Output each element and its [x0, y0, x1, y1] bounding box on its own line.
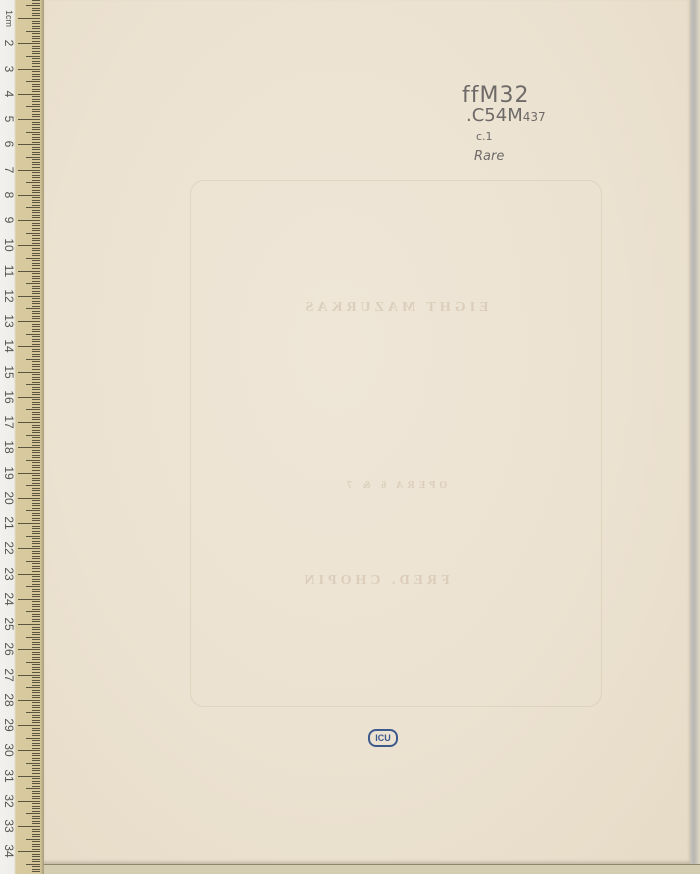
- ruler-tick: [32, 495, 40, 496]
- ruler-tick: [18, 776, 40, 777]
- ruler-tick: [32, 715, 40, 716]
- ruler-tick: [32, 137, 40, 138]
- ruler-tick: [26, 813, 40, 814]
- ruler-tick: [32, 96, 40, 97]
- ruler-tick: [32, 84, 40, 85]
- ruler-tick: [32, 730, 40, 731]
- ruler-tick: [32, 783, 40, 784]
- page-right-edge: [690, 0, 700, 874]
- ruler-tick: [32, 437, 40, 438]
- ruler-tick: [18, 220, 40, 221]
- ruler-tick: [32, 3, 40, 4]
- ruler-tick: [26, 586, 40, 587]
- ruler-tick: [32, 76, 40, 77]
- ruler-tick: [32, 591, 40, 592]
- ruler-tick: [32, 223, 40, 224]
- ruler-tick: [32, 298, 40, 299]
- ruler-tick: [32, 722, 40, 723]
- ruler-tick: [32, 571, 40, 572]
- ruler-tick: [18, 422, 40, 423]
- ruler-number: 10: [2, 237, 16, 253]
- ruler-tick: [32, 215, 40, 216]
- ruler-tick: [32, 268, 40, 269]
- ruler-tick: [32, 99, 40, 100]
- ruler-number: 23: [2, 566, 16, 582]
- ruler-tick: [32, 407, 40, 408]
- ruler-tick: [26, 536, 40, 537]
- ruler-tick: [32, 104, 40, 105]
- ruler-tick: [32, 26, 40, 27]
- ruler-tick: [32, 369, 40, 370]
- ruler-tick: [32, 859, 40, 860]
- ruler-number: 12: [2, 288, 16, 304]
- ruler-tick: [32, 849, 40, 850]
- ruler-tick: [32, 349, 40, 350]
- ruler-tick: [32, 419, 40, 420]
- ruler-tick: [18, 447, 40, 448]
- ruler-tick: [32, 568, 40, 569]
- ruler-tick: [32, 758, 40, 759]
- ruler-tick: [18, 94, 40, 95]
- ruler-tick: [32, 791, 40, 792]
- ruler-tick: [26, 258, 40, 259]
- call-number-copy: c.1: [476, 127, 546, 147]
- ruler-tick: [26, 132, 40, 133]
- ruler-tick: [32, 478, 40, 479]
- ruler-tick: [26, 308, 40, 309]
- ruler-tick: [18, 801, 40, 802]
- ruler-tick: [32, 392, 40, 393]
- library-stamp: ICU: [368, 729, 398, 747]
- ruler-tick: [32, 556, 40, 557]
- ruler-tick: [32, 13, 40, 14]
- ruler-tick: [32, 10, 40, 11]
- ruler-tick: [32, 306, 40, 307]
- ruler-tick: [26, 334, 40, 335]
- ruler-number: 3: [2, 61, 16, 77]
- ruler-tick: [32, 816, 40, 817]
- ruler-tick: [32, 38, 40, 39]
- ruler-tick: [32, 425, 40, 426]
- ruler-tick: [32, 228, 40, 229]
- ruler-tick: [32, 854, 40, 855]
- ruler-tick: [32, 609, 40, 610]
- ruler-tick: [32, 647, 40, 648]
- ruler-tick: [32, 594, 40, 595]
- ruler-tick: [32, 240, 40, 241]
- ruler-number: 1cm: [2, 10, 16, 26]
- ruler-tick: [32, 644, 40, 645]
- ruler-tick: [32, 697, 40, 698]
- ruler-tick: [26, 182, 40, 183]
- ruler-tick: [26, 611, 40, 612]
- ruler-tick: [32, 520, 40, 521]
- ruler-tick: [32, 803, 40, 804]
- show-through-title: EIGHT MAZURKAS: [230, 300, 560, 316]
- ruler-tick: [32, 351, 40, 352]
- ruler-tick: [32, 124, 40, 125]
- ruler-tick: [18, 725, 40, 726]
- ruler-tick: [32, 558, 40, 559]
- ruler-tick: [32, 778, 40, 779]
- ruler-tick: [32, 273, 40, 274]
- ruler-tick: [32, 190, 40, 191]
- ruler-tick: [32, 475, 40, 476]
- ruler-tick: [32, 0, 40, 1]
- ruler-tick: [26, 106, 40, 107]
- ruler-tick: [32, 632, 40, 633]
- ruler-tick: [18, 18, 40, 19]
- ruler-tick: [32, 770, 40, 771]
- ruler-tick: [32, 301, 40, 302]
- ruler-tick: [26, 687, 40, 688]
- ruler-tick: [32, 23, 40, 24]
- ruler-tick: [32, 796, 40, 797]
- ruler-tick: [18, 397, 40, 398]
- ruler-tick: [32, 339, 40, 340]
- ruler-number: 34: [2, 843, 16, 859]
- ruler-tick: [32, 831, 40, 832]
- ruler-tick: [32, 505, 40, 506]
- call-number-rare: Rare: [474, 147, 546, 167]
- ruler-tick: [32, 260, 40, 261]
- ruler-tick: [32, 533, 40, 534]
- ruler-tick: [26, 561, 40, 562]
- ruler-number: 28: [2, 692, 16, 708]
- ruler-number: 7: [2, 162, 16, 178]
- ruler-tick: [32, 114, 40, 115]
- ruler-tick: [18, 498, 40, 499]
- ruler-tick: [32, 361, 40, 362]
- ruler-tick: [32, 642, 40, 643]
- ruler-number: 14: [2, 338, 16, 354]
- ruler-tick: [32, 518, 40, 519]
- ruler-tick: [32, 823, 40, 824]
- ruler-tick: [32, 167, 40, 168]
- ruler-number: 5: [2, 111, 16, 127]
- ruler-tick: [32, 493, 40, 494]
- ruler-tick: [32, 841, 40, 842]
- ruler-tick: [32, 682, 40, 683]
- ruler-tick: [32, 354, 40, 355]
- ruler-tick: [32, 685, 40, 686]
- ruler-number: 11: [2, 263, 16, 279]
- ruler-tick: [32, 293, 40, 294]
- ruler-tick: [32, 808, 40, 809]
- ruler-tick: [32, 526, 40, 527]
- show-through-opus: OPERA 6 & 7: [280, 480, 510, 491]
- ruler-tick: [32, 483, 40, 484]
- ruler-tick: [26, 207, 40, 208]
- ruler-number: 27: [2, 667, 16, 683]
- ruler-tick: [32, 356, 40, 357]
- ruler-tick: [32, 66, 40, 67]
- ruler-tick: [18, 170, 40, 171]
- ruler-tick: [32, 61, 40, 62]
- ruler-tick: [32, 634, 40, 635]
- ruler-tick: [32, 374, 40, 375]
- ruler-tick: [26, 864, 40, 865]
- ruler-tick: [32, 89, 40, 90]
- ruler-tick: [32, 147, 40, 148]
- ruler-tick: [32, 745, 40, 746]
- ruler-tick: [32, 581, 40, 582]
- ruler-tick: [26, 31, 40, 32]
- ruler-number: 24: [2, 591, 16, 607]
- ruler-tick: [32, 154, 40, 155]
- ruler-tick: [32, 755, 40, 756]
- ruler-tick: [26, 662, 40, 663]
- ruler-tick: [32, 278, 40, 279]
- ruler-tick: [18, 750, 40, 751]
- ruler-tick: [18, 548, 40, 549]
- ruler-tick: [32, 200, 40, 201]
- ruler-number: 21: [2, 515, 16, 531]
- ruler-tick: [32, 450, 40, 451]
- ruler-tick: [32, 753, 40, 754]
- ruler-tick: [32, 546, 40, 547]
- ruler-tick: [26, 485, 40, 486]
- ruler-tick: [32, 654, 40, 655]
- ruler-tick: [32, 63, 40, 64]
- ruler-tick: [32, 36, 40, 37]
- ruler-tick: [32, 162, 40, 163]
- ruler-tick: [32, 316, 40, 317]
- ruler-tick: [32, 336, 40, 337]
- ruler-tick: [32, 531, 40, 532]
- ruler-tick: [32, 821, 40, 822]
- ruler-tick: [18, 43, 40, 44]
- ruler-tick: [32, 414, 40, 415]
- ruler-tick: [32, 856, 40, 857]
- ruler-tick: [32, 286, 40, 287]
- ruler-tick: [18, 372, 40, 373]
- ruler-tick: [32, 773, 40, 774]
- measurement-ruler: 1cm2345678910111213141516171819202122232…: [0, 0, 44, 874]
- ruler-tick: [32, 404, 40, 405]
- ruler-tick: [32, 134, 40, 135]
- ruler-tick: [32, 149, 40, 150]
- ruler-tick: [32, 627, 40, 628]
- ruler-tick: [32, 866, 40, 867]
- ruler-tick: [32, 344, 40, 345]
- ruler-tick: [32, 192, 40, 193]
- ruler-tick: [18, 851, 40, 852]
- ruler-tick: [32, 692, 40, 693]
- ruler-tick: [32, 432, 40, 433]
- call-number-line2-suffix: 437: [523, 110, 546, 124]
- ruler-tick: [32, 818, 40, 819]
- ruler-tick: [18, 473, 40, 474]
- ruler-tick: [32, 387, 40, 388]
- ruler-tick: [32, 733, 40, 734]
- ruler-tick: [32, 760, 40, 761]
- handwritten-call-number: ffM32 .C54M437 c.1 Rare: [462, 86, 546, 167]
- ruler-tick: [32, 58, 40, 59]
- ruler-tick: [32, 329, 40, 330]
- ruler-tick: [26, 283, 40, 284]
- ruler-tick: [32, 836, 40, 837]
- ruler-number: 30: [2, 742, 16, 758]
- ruler-tick: [32, 829, 40, 830]
- ruler-tick: [32, 265, 40, 266]
- ruler-tick: [32, 616, 40, 617]
- ruler-tick: [26, 712, 40, 713]
- ruler-tick: [26, 788, 40, 789]
- ruler-tick: [18, 195, 40, 196]
- ruler-tick: [32, 735, 40, 736]
- ruler-tick: [32, 869, 40, 870]
- ruler-number: 6: [2, 136, 16, 152]
- ruler-tick: [18, 700, 40, 701]
- ruler-number: 13: [2, 313, 16, 329]
- ruler-tick: [32, 705, 40, 706]
- ruler-tick: [32, 326, 40, 327]
- ruler-tick: [32, 142, 40, 143]
- ruler-number: 16: [2, 389, 16, 405]
- ruler-tick: [32, 695, 40, 696]
- ruler-tick: [32, 202, 40, 203]
- ruler-tick: [32, 657, 40, 658]
- ruler-tick: [32, 212, 40, 213]
- ruler-tick: [32, 48, 40, 49]
- ruler-tick: [32, 364, 40, 365]
- ruler-tick: [32, 717, 40, 718]
- ruler-tick: [32, 589, 40, 590]
- ruler-tick: [32, 601, 40, 602]
- ruler-tick: [32, 621, 40, 622]
- ruler-tick: [32, 538, 40, 539]
- ruler-tick: [32, 122, 40, 123]
- ruler-tick: [32, 515, 40, 516]
- ruler-tick: [32, 28, 40, 29]
- ruler-tick: [26, 157, 40, 158]
- ruler-number: 26: [2, 641, 16, 657]
- ruler-tick: [32, 180, 40, 181]
- ruler-tick: [32, 793, 40, 794]
- ruler-tick: [32, 551, 40, 552]
- ruler-tick: [18, 346, 40, 347]
- ruler-number: 9: [2, 212, 16, 228]
- ruler-tick: [26, 435, 40, 436]
- ruler-number: 29: [2, 717, 16, 733]
- ruler-tick: [32, 690, 40, 691]
- ruler-tick: [32, 871, 40, 872]
- ruler-number: 15: [2, 364, 16, 380]
- ruler-tick: [32, 276, 40, 277]
- ruler-tick: [32, 129, 40, 130]
- ruler-tick: [32, 324, 40, 325]
- ruler-tick: [32, 238, 40, 239]
- ruler-tick: [32, 834, 40, 835]
- ruler-tick: [32, 164, 40, 165]
- ruler-tick: [32, 488, 40, 489]
- ruler-tick: [32, 185, 40, 186]
- ruler-number: 19: [2, 465, 16, 481]
- ruler-tick: [32, 366, 40, 367]
- ruler-tick: [32, 86, 40, 87]
- ruler-tick: [32, 255, 40, 256]
- ruler-tick: [32, 553, 40, 554]
- ruler-tick: [32, 250, 40, 251]
- ruler-tick: [18, 675, 40, 676]
- ruler-number: 31: [2, 768, 16, 784]
- ruler-tick: [32, 844, 40, 845]
- ruler-number: 4: [2, 86, 16, 102]
- ruler-tick: [32, 664, 40, 665]
- ruler-tick: [32, 197, 40, 198]
- ruler-tick: [32, 210, 40, 211]
- ruler-tick: [32, 579, 40, 580]
- ruler-tick: [32, 51, 40, 52]
- ruler-tick: [32, 541, 40, 542]
- ruler-tick: [32, 513, 40, 514]
- ruler-tick: [32, 389, 40, 390]
- ruler-tick: [32, 74, 40, 75]
- ruler-number: 2: [2, 35, 16, 51]
- ruler-tick: [32, 248, 40, 249]
- ruler-number: 18: [2, 439, 16, 455]
- ruler-tick: [32, 566, 40, 567]
- ruler-tick: [32, 311, 40, 312]
- ruler-tick: [18, 144, 40, 145]
- ruler-tick: [32, 659, 40, 660]
- ruler-tick: [32, 680, 40, 681]
- ruler-tick: [26, 5, 40, 6]
- call-number-line2: .C54M: [466, 105, 523, 126]
- ruler-tick: [32, 313, 40, 314]
- ruler-tick: [32, 596, 40, 597]
- ruler-tick: [32, 614, 40, 615]
- ruler-tick: [32, 33, 40, 34]
- ruler-tick: [32, 71, 40, 72]
- ruler-tick: [32, 768, 40, 769]
- ruler-tick: [32, 331, 40, 332]
- ruler-number: 8: [2, 187, 16, 203]
- ruler-tick: [32, 457, 40, 458]
- ruler-tick: [18, 574, 40, 575]
- ruler-tick: [32, 452, 40, 453]
- ruler-tick: [18, 599, 40, 600]
- ruler-tick: [32, 619, 40, 620]
- ruler-tick: [32, 412, 40, 413]
- show-through-composer: FRED. CHOPIN: [250, 573, 500, 589]
- ruler-tick: [32, 377, 40, 378]
- ruler-tick: [32, 243, 40, 244]
- ruler-tick: [32, 604, 40, 605]
- ruler-tick: [18, 69, 40, 70]
- ruler-tick: [32, 111, 40, 112]
- ruler-tick: [18, 271, 40, 272]
- ruler-tick: [32, 159, 40, 160]
- ruler-tick: [32, 462, 40, 463]
- ruler-tick: [18, 826, 40, 827]
- ruler-tick: [32, 303, 40, 304]
- ruler-tick: [32, 288, 40, 289]
- ruler-tick: [32, 765, 40, 766]
- ruler-tick: [32, 669, 40, 670]
- ruler-tick: [32, 467, 40, 468]
- ruler-tick: [32, 281, 40, 282]
- ruler-tick: [32, 263, 40, 264]
- ruler-tick: [32, 606, 40, 607]
- ruler-tick: [32, 503, 40, 504]
- ruler-tick: [32, 563, 40, 564]
- ruler-tick: [32, 508, 40, 509]
- ruler-tick: [32, 465, 40, 466]
- ruler-tick: [32, 101, 40, 102]
- ruler-tick: [32, 402, 40, 403]
